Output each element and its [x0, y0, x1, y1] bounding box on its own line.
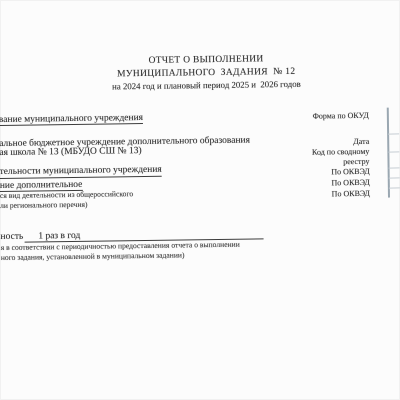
okved-label-3: По ОКВЭД — [250, 188, 370, 199]
institution-name-line2: ая школа № 13 (МБУДО СШ № 13) — [0, 146, 142, 159]
institution-section-heading: вание муниципального учреждения — [0, 112, 143, 125]
activities-heading-text: тельности муниципального учреждения — [0, 165, 162, 179]
okved-label-2: По ОКВЭД — [250, 177, 370, 188]
codes-box-row-divider — [388, 133, 399, 134]
codes-box-row-divider — [388, 151, 399, 152]
institution-heading-text: вание муниципального учреждения — [0, 112, 143, 126]
codes-box-row-divider — [389, 167, 400, 168]
document-sheet: ОТЧЕТ О ВЫПОЛНЕНИИ МУНИЦИПАЛЬНОГО ЗАДАНИ… — [0, 0, 400, 400]
periodicity-footnote-line2: ного задания, установленной в муниципаль… — [1, 251, 185, 262]
activities-section-heading: тельности муниципального учреждения — [0, 165, 162, 178]
form-okud-label: Форма по ОКУД — [249, 111, 369, 122]
activity-footnote-line2: ли регионального перечня) — [0, 200, 88, 210]
registry-code-label-line2: реестру — [249, 156, 369, 167]
okved-label-1: По ОКВЭД — [250, 166, 370, 177]
activity-footnote-line1: ся вид деятельности из общероссийского — [0, 190, 133, 201]
periodicity-label: ность — [0, 231, 23, 241]
scanned-report-page: ОТЧЕТ О ВЫПОЛНЕНИИ МУНИЦИПАЛЬНОГО ЗАДАНИ… — [0, 0, 400, 400]
codes-box-row-divider — [389, 187, 400, 188]
date-label: Дата — [249, 136, 369, 147]
registry-code-label-line1: Код по сводному — [249, 146, 369, 157]
codes-box-row-divider — [389, 177, 400, 178]
